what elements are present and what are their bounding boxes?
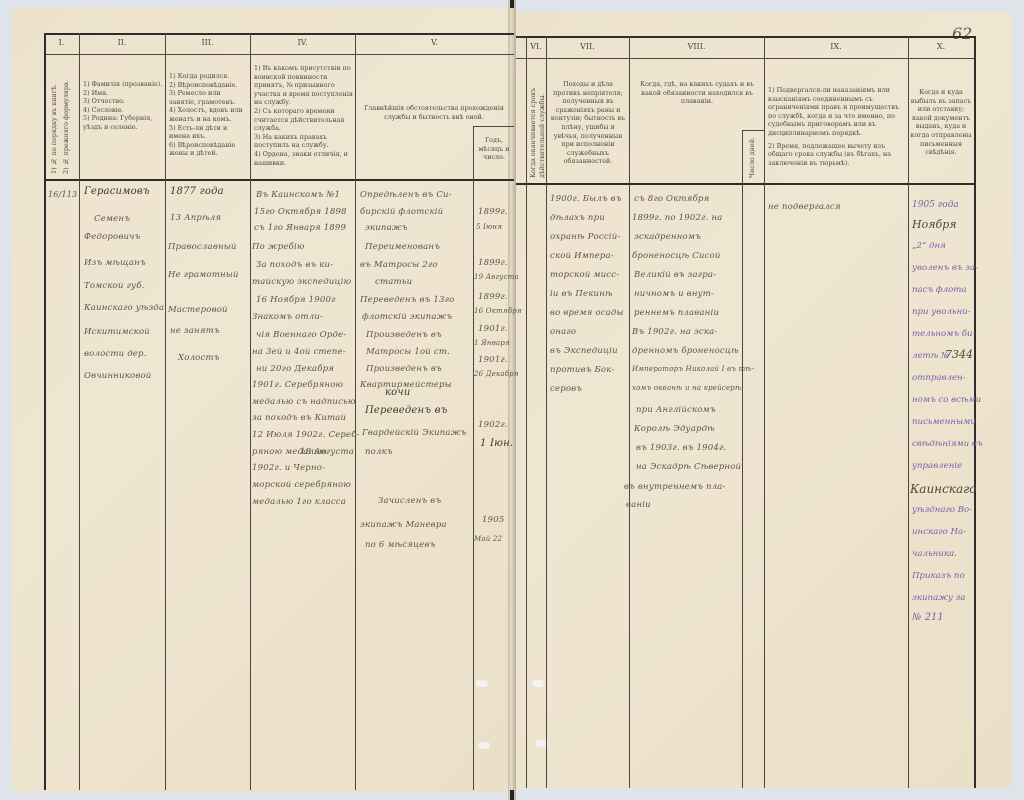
binding-hole (476, 680, 488, 687)
header-col8: Когда, гдѣ, на какихъ судахъ и въ какой … (633, 80, 761, 106)
column-numeral-5: V. (355, 38, 514, 47)
header-col1-line1: 1) № по порядку въ книгѣ. (50, 62, 59, 174)
column-numeral-9: IX. (764, 42, 908, 51)
header-col4: 1) Въ какомъ присутствіи по воинской пов… (254, 64, 353, 167)
header-col9: 1) Подвергался-ли наказаніямъ или взыска… (768, 86, 906, 167)
header-col5: Главнѣйшія обстоятельства прохожденія сл… (358, 104, 510, 121)
column-numeral-4: IV. (250, 38, 355, 47)
binding-hole (478, 742, 490, 749)
header-col5-date: Годъ, мѣсяцъ и число. (475, 136, 513, 162)
header-col3: 1) Когда родился. 2) Вѣроисповѣданіе. 3)… (169, 72, 249, 158)
binding-hole (532, 680, 544, 687)
header-col8-days: Число дней. (748, 134, 757, 178)
header-col7: Походы и дѣла противъ непріятеля; получе… (549, 80, 627, 166)
header-col1-line2: 2) № прежняго формуляра. (62, 62, 71, 174)
column-numeral-8: VIII. (629, 42, 764, 51)
column-numeral-6: VI. (526, 42, 546, 51)
header-col10: Когда и куда выбылъ въ запасъ или отстав… (910, 88, 972, 157)
folio-number: 62 (952, 24, 972, 43)
entry-col9-punishments: не подвергался (768, 202, 841, 212)
header-col2: 1) Фамилія (прозваніе). 2) Имя. 3) Отчес… (83, 80, 163, 132)
column-numeral-1: I. (44, 38, 79, 47)
entry-number: 16/113 (48, 190, 77, 199)
column-numeral-3: III. (165, 38, 250, 47)
column-numeral-7: VII. (546, 42, 629, 51)
column-numeral-10: X. (908, 42, 974, 51)
header-col6: Когда оканчивается срокъ дѣйствительной … (529, 64, 545, 178)
binding-thread-top (510, 0, 514, 8)
binding-thread-bottom (510, 790, 514, 800)
column-numeral-2: II. (79, 38, 165, 47)
